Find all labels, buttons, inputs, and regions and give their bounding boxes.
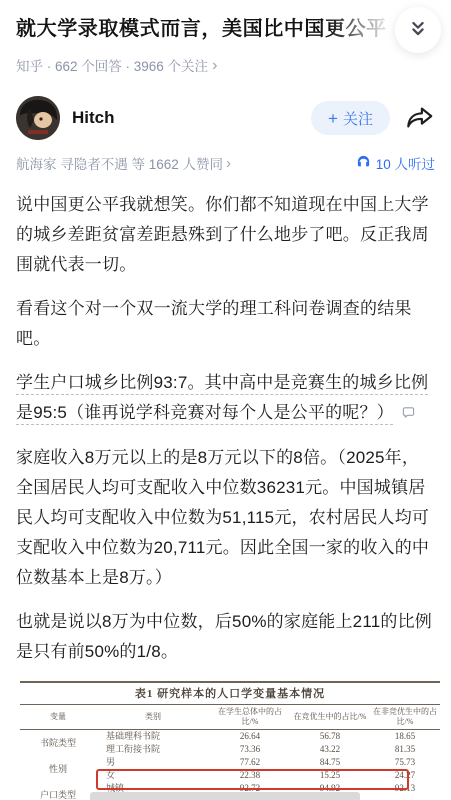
chevron-right-icon: › xyxy=(212,59,217,72)
paragraph: 看看这个对一个双一流大学的理工科问卷调查的结果吧。 xyxy=(16,294,435,354)
demographics-table: 变量 类别 在学生总体中的占比/% 在竞优生中的占比/% 在非竞优生中的占比/%… xyxy=(20,705,440,800)
paragraph: 也就是说以8万为中位数，后50%的家庭能上211的比例是只有前50%的1/8。 xyxy=(16,607,435,667)
comment-bubble-icon[interactable] xyxy=(402,399,415,429)
badge-text: 航海家 寻隐者不遇 等 1662 人赞同 xyxy=(16,153,223,173)
table-row: 性别 男 77.62 84.75 75.73 xyxy=(20,756,440,769)
col-header: 在竞优生中的占比/% xyxy=(290,705,370,730)
follow-button-label: 关注 xyxy=(343,108,373,129)
question-header: 就大学录取模式而言，美国比中国更公平 知乎 · 662 个回答 · 3966 个… xyxy=(0,0,451,75)
col-header: 在非竞优生中的占比/% xyxy=(370,705,440,730)
share-button[interactable] xyxy=(405,103,435,133)
paper-table-image[interactable]: 表1 研究样本的人口学变量基本情况 变量 类别 在学生总体中的占比/% 在竞优生… xyxy=(20,681,440,800)
meta-row: 航海家 寻隐者不遇 等 1662 人赞同 › 10 人听过 xyxy=(0,153,451,173)
headphones-icon xyxy=(356,154,371,172)
author-badge-line[interactable]: 航海家 寻隐者不遇 等 1662 人赞同 › xyxy=(16,153,231,173)
expand-question-button[interactable] xyxy=(395,7,441,53)
table-title: 表1 研究样本的人口学变量基本情况 xyxy=(20,681,440,705)
avatar[interactable] xyxy=(16,96,60,140)
listen-button[interactable]: 10 人听过 xyxy=(356,153,435,173)
col-header: 变量 xyxy=(20,705,96,730)
plus-icon: + xyxy=(328,111,338,126)
zhihu-answer-screen: 就大学录取模式而言，美国比中国更公平 知乎 · 662 个回答 · 3966 个… xyxy=(0,0,451,800)
paragraph: 学生户口城乡比例93:7。其中高中是竞赛生的城乡比例是95:5（谁再说学科竞赛对… xyxy=(16,368,435,429)
variable-cell: 户口类型 xyxy=(20,782,96,800)
double-chevron-down-icon xyxy=(407,18,429,43)
paragraph: 家庭收入8万元以上的是8万元以下的8倍。（2025年，全国居民人均可支配收入中位… xyxy=(16,443,435,593)
answer-body: 说中国更公平我就想笑。你们都不知道现在中国上大学的城乡差距贫富差距悬殊到了什么地… xyxy=(0,190,451,667)
question-meta-text: 知乎 · 662 个回答 · 3966 个关注 xyxy=(16,55,208,75)
variable-cell: 书院类型 xyxy=(20,730,96,757)
author-name[interactable]: Hitch xyxy=(72,108,311,128)
next-content-placeholder xyxy=(90,792,360,800)
question-title[interactable]: 就大学录取模式而言，美国比中国更公平 xyxy=(16,12,435,46)
paragraph: 说中国更公平我就想笑。你们都不知道现在中国上大学的城乡差距贫富差距悬殊到了什么地… xyxy=(16,190,435,280)
follow-button[interactable]: + 关注 xyxy=(311,101,390,135)
col-header: 类别 xyxy=(96,705,210,730)
question-meta[interactable]: 知乎 · 662 个回答 · 3966 个关注 › xyxy=(16,55,435,75)
col-header: 在学生总体中的占比/% xyxy=(210,705,290,730)
table-row: 书院类型 基础理科书院 26.64 56.78 18.65 xyxy=(20,730,440,744)
chevron-right-icon: › xyxy=(226,155,231,172)
variable-cell: 性别 xyxy=(20,756,96,782)
table-header-row: 变量 类别 在学生总体中的占比/% 在竞优生中的占比/% 在非竞优生中的占比/% xyxy=(20,705,440,730)
annotated-text[interactable]: 学生户口城乡比例93:7。其中高中是竞赛生的城乡比例是95:5（谁再说学科竞赛对… xyxy=(16,373,428,422)
listen-count: 10 人听过 xyxy=(376,153,435,173)
author-row: Hitch + 关注 xyxy=(0,96,451,140)
share-arrow-icon xyxy=(405,121,435,136)
